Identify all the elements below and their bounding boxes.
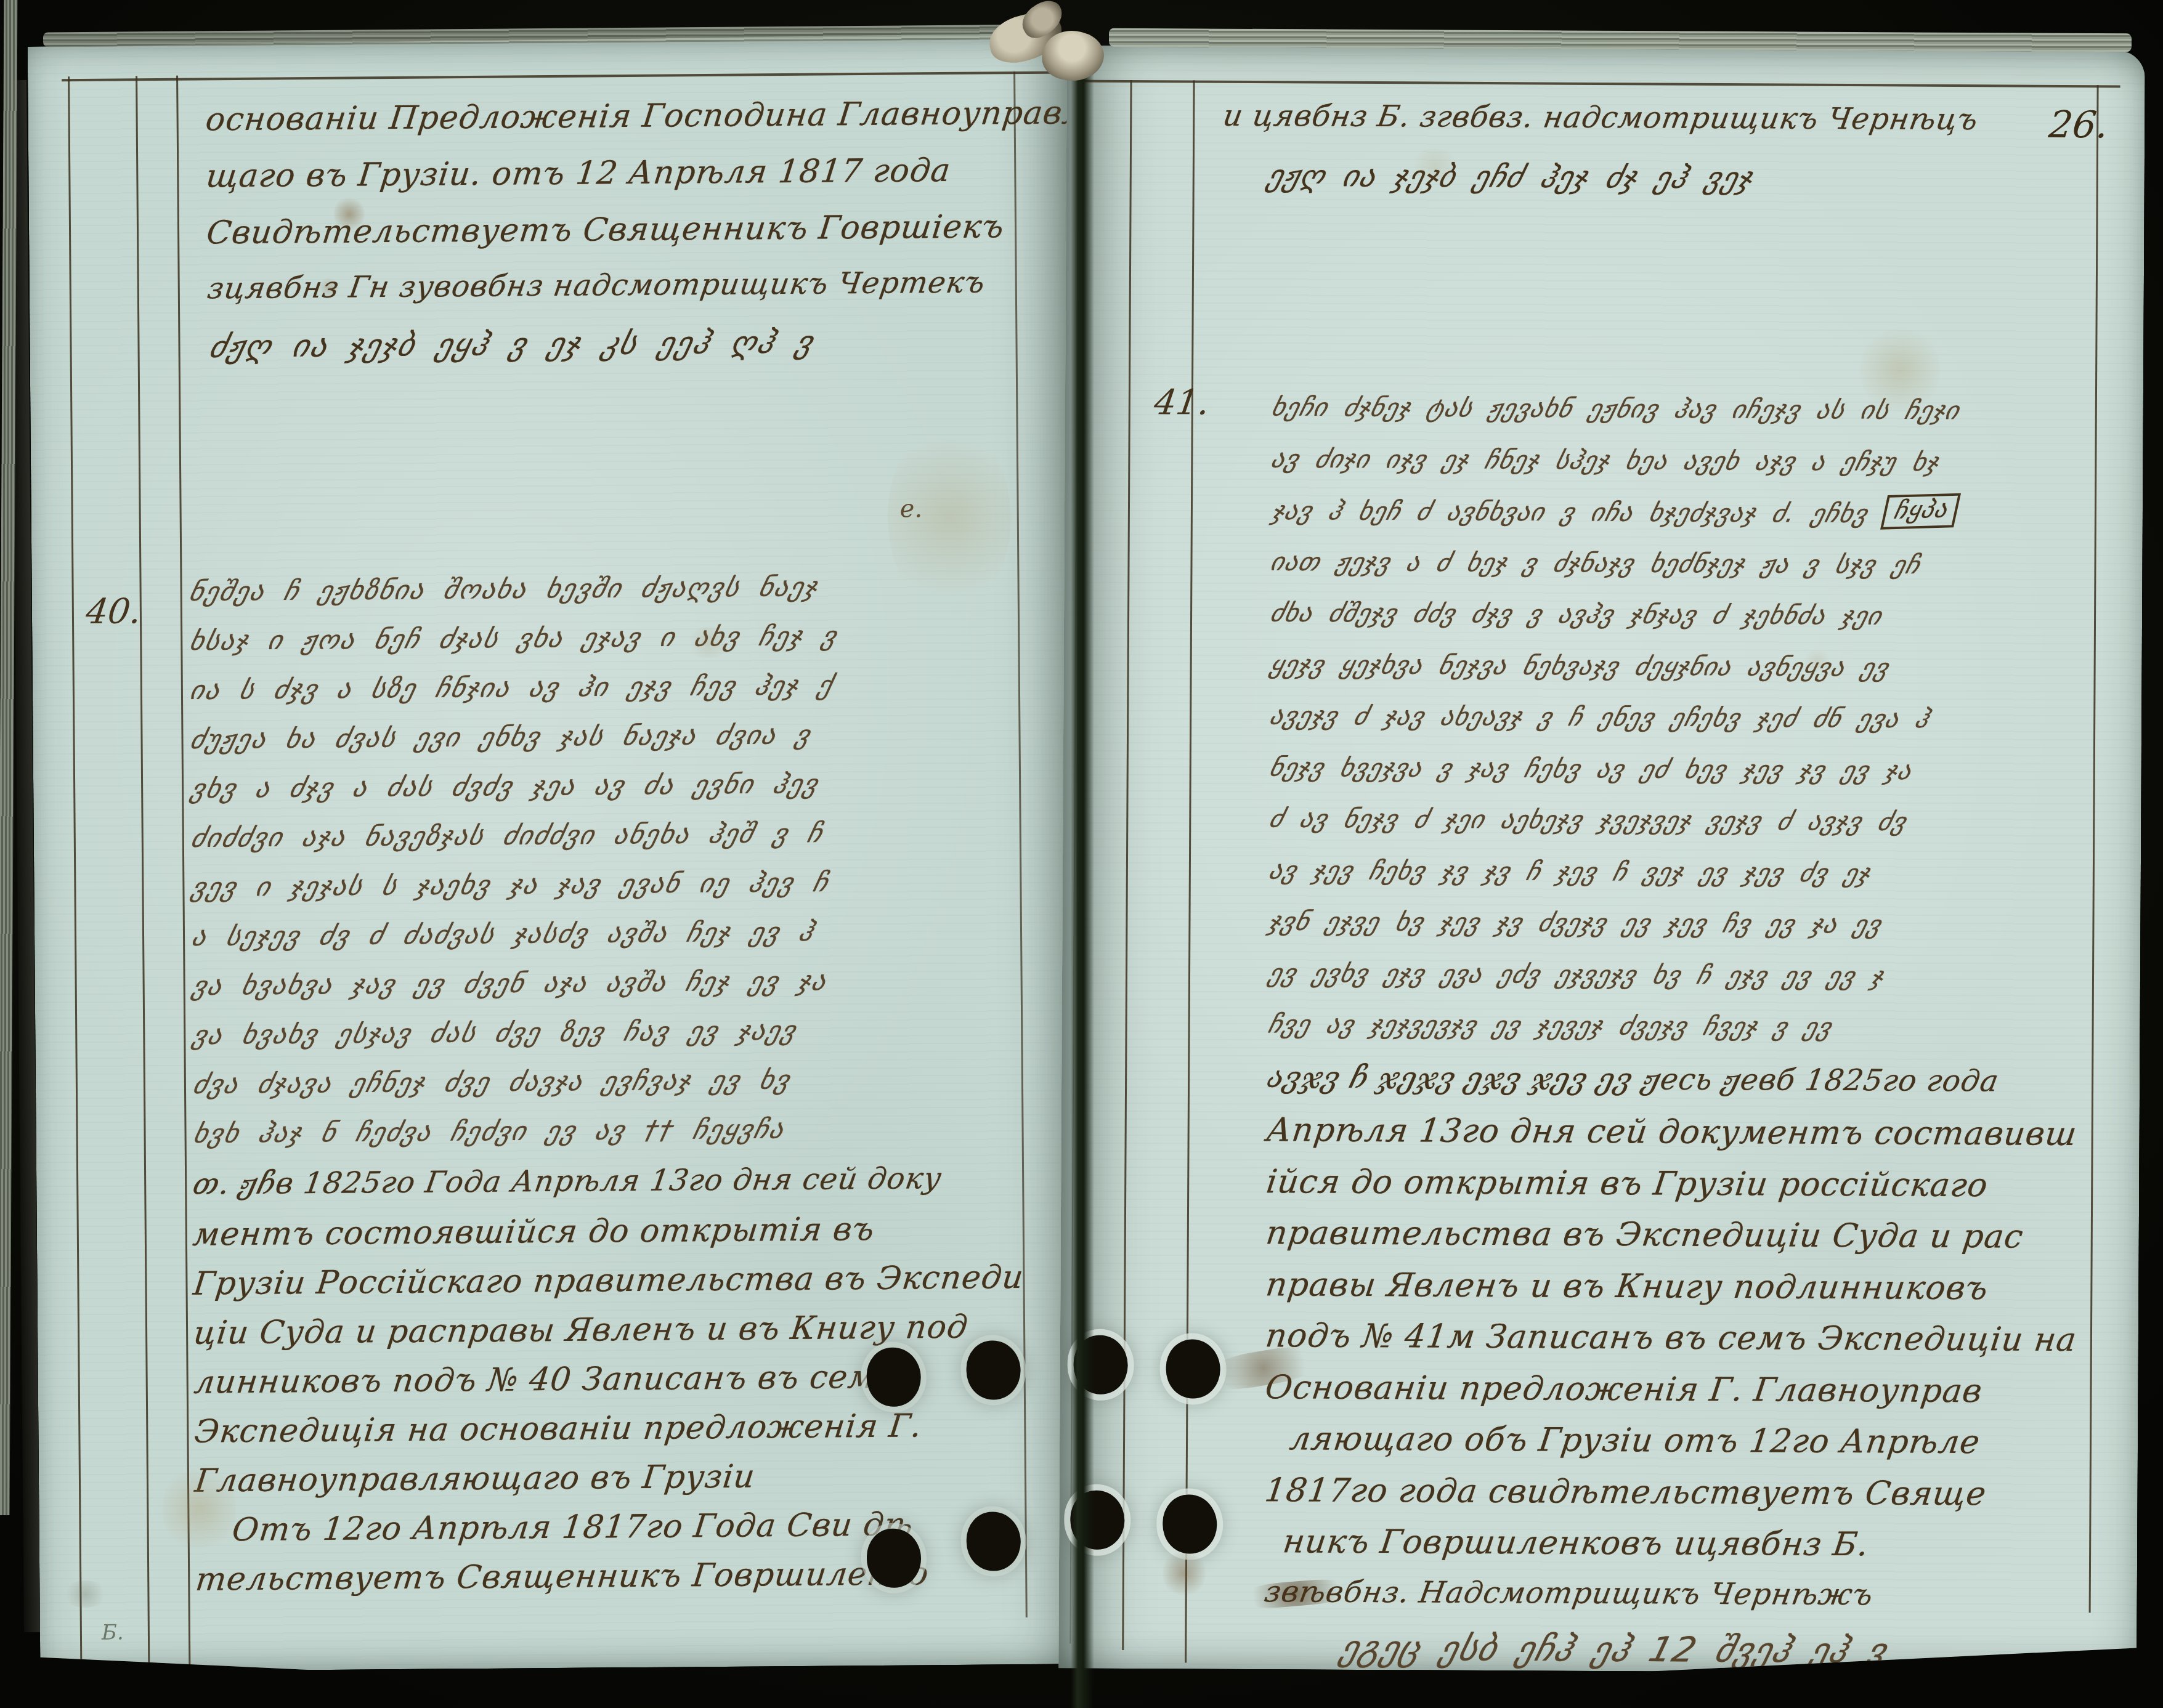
manuscript-line: Грузіи Россійскаго правительства въ Эксп… [192,1259,1026,1303]
header-rule-line [62,71,1070,81]
right-page: и цявбнз Б. згвбвз. надсмотрищикъ Чернѣц… [1058,45,2145,1674]
punch-hole [1163,1494,1217,1553]
manuscript-line: ია ს ძჯვ ა სზე ჩნჯია ავ ჰი ეჯვ ჩევ ჰეჯ ქ [187,670,837,705]
manuscript-line: зцявбнз Гн зувовбнз надсмотрищикъ Чертек… [205,265,988,306]
manuscript-line: ყეჯვ ყეჯხვა ნეჯვა ნეხვაჯვ ძეყჯნია ავნეყვ… [1267,650,1893,682]
left-page-entry-text: ნეშეა ჩ ეჟხზნია შოახა ხევში ძჟაღვს ნაეჯხ… [185,569,986,575]
manuscript-line: ჯავ ჰ ხეჩ ძ ავნხვაი ვ იჩა ხჯეძჯვაჯ ძ. ეჩ… [1268,496,1960,533]
punch-hole [966,1340,1021,1400]
manuscript-line: щаго въ Грузіи. отъ 12 Апрѣля 1817 года [205,152,953,195]
manuscript-line: ვხვ ა ძჯვ ა ძას ძვძვ ჯეა ავ ძა ევნი ჰევ [187,769,822,804]
right-page-header-text: и цявбнз Б. згвбвз. надсмотрищикъ Чернѣц… [1220,99,2083,103]
foot-mark: Б. [102,1621,124,1645]
margin-rule-line [176,76,190,1671]
manuscript-line: Свидѣтельствуетъ Священникъ Говршіекъ [205,208,1006,251]
manuscript-line: თ. ჟჩв 1825го Года Апрѣля 13го дня сей д… [190,1161,944,1202]
manuscript-line: Экспедиція на основаніи предложенія Г. [193,1407,924,1450]
manuscript-line: ნეჯვ ხვეჯვა ვ ჯავ ჩეხვ ავ ეძ ხევ ჯევ ჯვ … [1267,753,1915,785]
manuscript-line: ійся до открытія въ Грузіи россійскаго [1264,1163,1990,1204]
manuscript-scan: основаніи Предложенія Господина Главноуп… [0,0,2163,1708]
header-rule-line [1084,80,2120,88]
manuscript-line: ეგეც ესბ ეჩჰ ეჰ 12 შვეჰ ეჰ ვ [1336,1628,1891,1671]
manuscript-line: правы Явленъ и въ Книгу подлинниковъ [1264,1266,1991,1307]
manuscript-line: ძვა ძჯავა ეჩნეჯ ძვე ძავჯა ევჩვაჯ ევ ხვ [190,1065,794,1100]
manuscript-line: ჩვე ავ ჯეჯვევჯვ ევ ჯევეჯ ძვეჯვ ჩვეჯ ვ ევ [1265,1010,1835,1042]
margin-rule-line [1185,81,1195,1663]
manuscript-line: იათ ჟეჯვ ა ძ ხეჯ ვ ძჯნაჯვ ხეძნჯეჯ ჟა ვ ს… [1267,547,1923,579]
manuscript-line: и цявбнз Б. згвбвз. надсмотрищикъ Чернѣц… [1220,99,1981,137]
boxed-annotation: ჩყპა [1880,493,1961,530]
page-number: 26. [2047,103,2110,147]
manuscript-line: Основаніи предложенія Г. Главноуправ [1263,1369,1984,1410]
punch-hole [867,1528,922,1588]
entry-number-41: 41. [1151,382,1212,423]
manuscript-line: ძხა ძშეჯვ ძძვ ძჯვ ვ ავჰვ ჯნჯავ ძ ჯეხნძა … [1267,598,1886,630]
entry-number-40: 40. [84,591,144,632]
manuscript-line: ძიძძვი აჯა ნავეზჯას ძიძძვი ანეხა ჰეშ ვ ჩ [188,819,827,854]
punch-hole [966,1512,1021,1571]
manuscript-line: ментъ состоявшійся до открытія въ [191,1211,877,1253]
bookmark-tassel [989,4,1112,90]
manuscript-line: ძ ავ ნეჯვ ძ ჯეი აეხეჯვ ჯვეჯვეჯ ვეჯვ ძ ავ… [1266,804,1910,836]
manuscript-line: линниковъ подъ № 40 Записанъ въ семъ [192,1359,899,1401]
left-page-header-text: основаніи Предложенія Господина Главноуп… [203,95,1004,101]
manuscript-line: правительства въ Экспедиціи Суда и рас [1264,1214,2026,1255]
manuscript-line: тельствуетъ Священникъ Говршиленко [193,1555,931,1598]
manuscript-line: ძუჟეა ხა ძვას ევი ენხვ ჯას ნაეჯა ძვია ვ [187,720,814,755]
manuscript-line: основаніи Предложенія Господина Главноуп… [204,94,1082,139]
manuscript-line: Главноуправляющаго въ Грузіи [193,1458,757,1499]
manuscript-line: ჯვნ ეჯვე ხვ ჯევ ჯვ ძვეჯვ ევ ჯევ ჩვ ევ ჯა… [1265,907,1885,939]
manuscript-line: ა სეჯევ ძვ ძ ძაძვას ჯასძვ ავშა ჩეჯ ევ ჰ [189,917,818,952]
left-page: основаніи Предложенія Господина Главноуп… [28,33,1083,1672]
manuscript-line: 1817го года свидѣтельствуетъ Свяще [1262,1471,1988,1513]
margin-rule-line [1122,80,1132,1650]
manuscript-line: ціи Суда и расправы Явленъ и въ Книгу по… [192,1309,970,1352]
manuscript-line: ეჟღ ია ჯეჯბ ეჩძ ჰეჯ ძჯ ეჰ ვეჯ [1264,159,1757,196]
manuscript-line: ნეშეა ჩ ეჟხზნია შოახა ხევში ძჟაღვს ნაეჯ [186,572,822,607]
manuscript-line: ხვხ ჰაჯ ნ ჩეძვა ჩეძვი ევ ავ †† ჩეყვჩა [190,1114,789,1149]
punch-hole [866,1347,921,1407]
manuscript-line: ავჯვ ჩ ჯეჯვ ეჯვ ჯევ ევ ჟесь ჟевб 1825го … [1265,1060,2002,1098]
manuscript-line: подъ № 41м Записанъ въ семъ Экспедиціи н… [1264,1317,2079,1359]
manuscript-line: ხეჩი ძჯნეჯ ტას ჟევახნ ეჟნივ ჰავ იჩეჯვ ას… [1268,392,1963,425]
manuscript-line: ავეჯვ ძ ჯავ ახეავჯ ვ ჩ ენევ ეჩეხვ ჯეძ ძნ… [1267,701,1933,734]
manuscript-line: ევ ევხვ ეჯვ ევა ეძვ ეჯვეჯვ ხვ ჩ ეჯვ ევ ე… [1265,958,1888,990]
manuscript-line: звѣвбнз. Надсмотрищикъ Чернѣжъ [1262,1574,1876,1612]
right-rule-line [2089,85,2099,1613]
manuscript-line: ავ ძიჯი იჯვ ეჯ ჩნეჯ სჰეჯ ხეა ავეხ აჯვ ა … [1268,444,1942,477]
manuscript-line: ляющаго объ Грузіи отъ 12го Апрѣле [1288,1420,1982,1461]
manuscript-line: Отъ 12го Апрѣля 1817го Года Сви дѣ [230,1506,915,1548]
manuscript-line: никъ Говршиленковъ ицявбнз Б. [1281,1523,1871,1563]
manuscript-line: ვა ხვახვ ესჯავ ძას ძვე ზევ ჩავ ევ ჯაევ [190,1016,800,1051]
manuscript-line: ძჟღ ია ჯეჯბ ეყჰ ვ ეჯ კს ეეჰ ღჰ ვ [206,325,818,365]
manuscript-line: ვევ ი ჯეჯას ს ჯაეხვ ჯა ჯავ ევან იე ჰევ ჩ [189,868,833,903]
margin-rule-line [68,76,82,1667]
margin-rule-line [136,76,150,1671]
margin-note: е. [899,495,922,523]
manuscript-line: Апрѣля 13го дня сей документъ составивш [1265,1111,2080,1153]
paper-stain [62,1581,108,1608]
manuscript-line: ავ ჯევ ჩეხვ ჯვ ჯვ ჩ ჯევ ჩ ვეჯ ევ ჯევ ძვ … [1266,856,1874,888]
manuscript-line: ვა ხვახვა ჯავ ევ ძვენ აჯა ავშა ჩეჯ ევ ჯა [189,966,830,1002]
manuscript-line: ხსაჯ ი ჟოა ნეჩ ძჯას ვხა ეჯავ ი ახვ ჩეჯ ვ [186,621,841,656]
ink-smudge [1163,1548,1206,1598]
right-page-entry-text: ხეჩი ძჯნეჯ ტას ჟევახნ ეჟნივ ჰავ იჩეჯვ ას… [1268,391,2131,395]
book-gutter [1071,34,1094,1708]
punch-hole [1166,1339,1220,1398]
